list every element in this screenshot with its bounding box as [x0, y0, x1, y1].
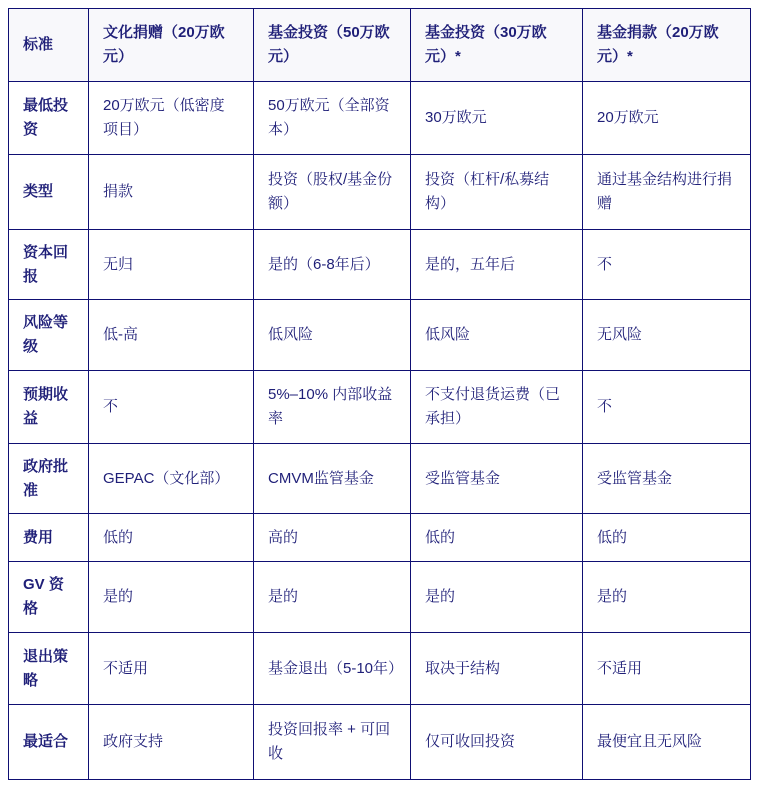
table-cell: 低的 [89, 514, 254, 562]
table-cell: 高的 [254, 514, 411, 562]
table-cell: 低的 [411, 514, 583, 562]
table-cell: 受监管基金 [411, 444, 583, 514]
table-row-expected-return: 预期收益 不 5%–10% 内部收益率 不支付退货运费（已承担） 不 [9, 371, 751, 444]
table-row-best-for: 最适合 政府支持 投资回报率 + 可回收 仅可收回投资 最便宜且无风险 [9, 705, 751, 780]
table-cell: 不 [89, 371, 254, 444]
table-row-exit-strategy: 退出策略 不适用 基金退出（5-10年） 取决于结构 不适用 [9, 633, 751, 705]
table-row-capital-return: 资本回报 无归 是的（6-8年后） 是的，五年后 不 [9, 230, 751, 300]
comparison-table-container: 标准 文化捐赠（20万欧元） 基金投资（50万欧元） 基金投资（30万欧元）* … [0, 0, 759, 787]
table-row-type: 类型 捐款 投资（股权/基金份额） 投资（杠杆/私募结构） 通过基金结构进行捐赠 [9, 155, 751, 230]
table-cell: 是的 [254, 562, 411, 633]
column-header-fund-investment-300k: 基金投资（30万欧元）* [411, 9, 583, 82]
table-cell: GEPAC（文化部） [89, 444, 254, 514]
table-cell: 投资回报率 + 可回收 [254, 705, 411, 780]
table-cell: 仅可收回投资 [411, 705, 583, 780]
table-cell: 不 [583, 371, 751, 444]
table-cell: 不适用 [89, 633, 254, 705]
table-cell: 不适用 [583, 633, 751, 705]
table-cell: 投资（杠杆/私募结构） [411, 155, 583, 230]
row-label: 资本回报 [9, 230, 89, 300]
table-cell: 是的，五年后 [411, 230, 583, 300]
table-cell: 是的 [583, 562, 751, 633]
table-cell: 无归 [89, 230, 254, 300]
column-header-fund-donation-200k: 基金捐款（20万欧元）* [583, 9, 751, 82]
row-label: 退出策略 [9, 633, 89, 705]
table-cell: 最便宜且无风险 [583, 705, 751, 780]
column-header-cultural-donation: 文化捐赠（20万欧元） [89, 9, 254, 82]
table-cell: 低-高 [89, 300, 254, 371]
table-cell: 投资（股权/基金份额） [254, 155, 411, 230]
table-cell: 不支付退货运费（已承担） [411, 371, 583, 444]
row-label: 政府批准 [9, 444, 89, 514]
column-header-fund-investment-500k: 基金投资（50万欧元） [254, 9, 411, 82]
table-cell: 低风险 [254, 300, 411, 371]
table-cell: 30万欧元 [411, 82, 583, 155]
table-cell: 低风险 [411, 300, 583, 371]
table-cell: 20万欧元 [583, 82, 751, 155]
table-row-government-approval: 政府批准 GEPAC（文化部） CMVM监管基金 受监管基金 受监管基金 [9, 444, 751, 514]
header-row: 标准 文化捐赠（20万欧元） 基金投资（50万欧元） 基金投资（30万欧元）* … [9, 9, 751, 82]
table-row-risk-level: 风险等级 低-高 低风险 低风险 无风险 [9, 300, 751, 371]
investment-comparison-table: 标准 文化捐赠（20万欧元） 基金投资（50万欧元） 基金投资（30万欧元）* … [8, 8, 751, 780]
table-cell: 50万欧元（全部资本） [254, 82, 411, 155]
table-cell: 受监管基金 [583, 444, 751, 514]
table-cell: 基金退出（5-10年） [254, 633, 411, 705]
row-label: 最低投资 [9, 82, 89, 155]
row-label: 最适合 [9, 705, 89, 780]
table-cell: 是的（6-8年后） [254, 230, 411, 300]
column-header-criteria: 标准 [9, 9, 89, 82]
table-row-fees: 费用 低的 高的 低的 低的 [9, 514, 751, 562]
table-cell: 5%–10% 内部收益率 [254, 371, 411, 444]
row-label: GV 资格 [9, 562, 89, 633]
table-cell: 低的 [583, 514, 751, 562]
row-label: 类型 [9, 155, 89, 230]
table-row-minimum-investment: 最低投资 20万欧元（低密度项目） 50万欧元（全部资本） 30万欧元 20万欧… [9, 82, 751, 155]
table-row-gv-eligibility: GV 资格 是的 是的 是的 是的 [9, 562, 751, 633]
table-cell: 是的 [411, 562, 583, 633]
row-label: 费用 [9, 514, 89, 562]
table-cell: 20万欧元（低密度项目） [89, 82, 254, 155]
table-cell: 取决于结构 [411, 633, 583, 705]
table-cell: CMVM监管基金 [254, 444, 411, 514]
table-cell: 捐款 [89, 155, 254, 230]
table-cell: 通过基金结构进行捐赠 [583, 155, 751, 230]
table-cell: 无风险 [583, 300, 751, 371]
row-label: 风险等级 [9, 300, 89, 371]
table-cell: 是的 [89, 562, 254, 633]
table-cell: 政府支持 [89, 705, 254, 780]
row-label: 预期收益 [9, 371, 89, 444]
table-cell: 不 [583, 230, 751, 300]
